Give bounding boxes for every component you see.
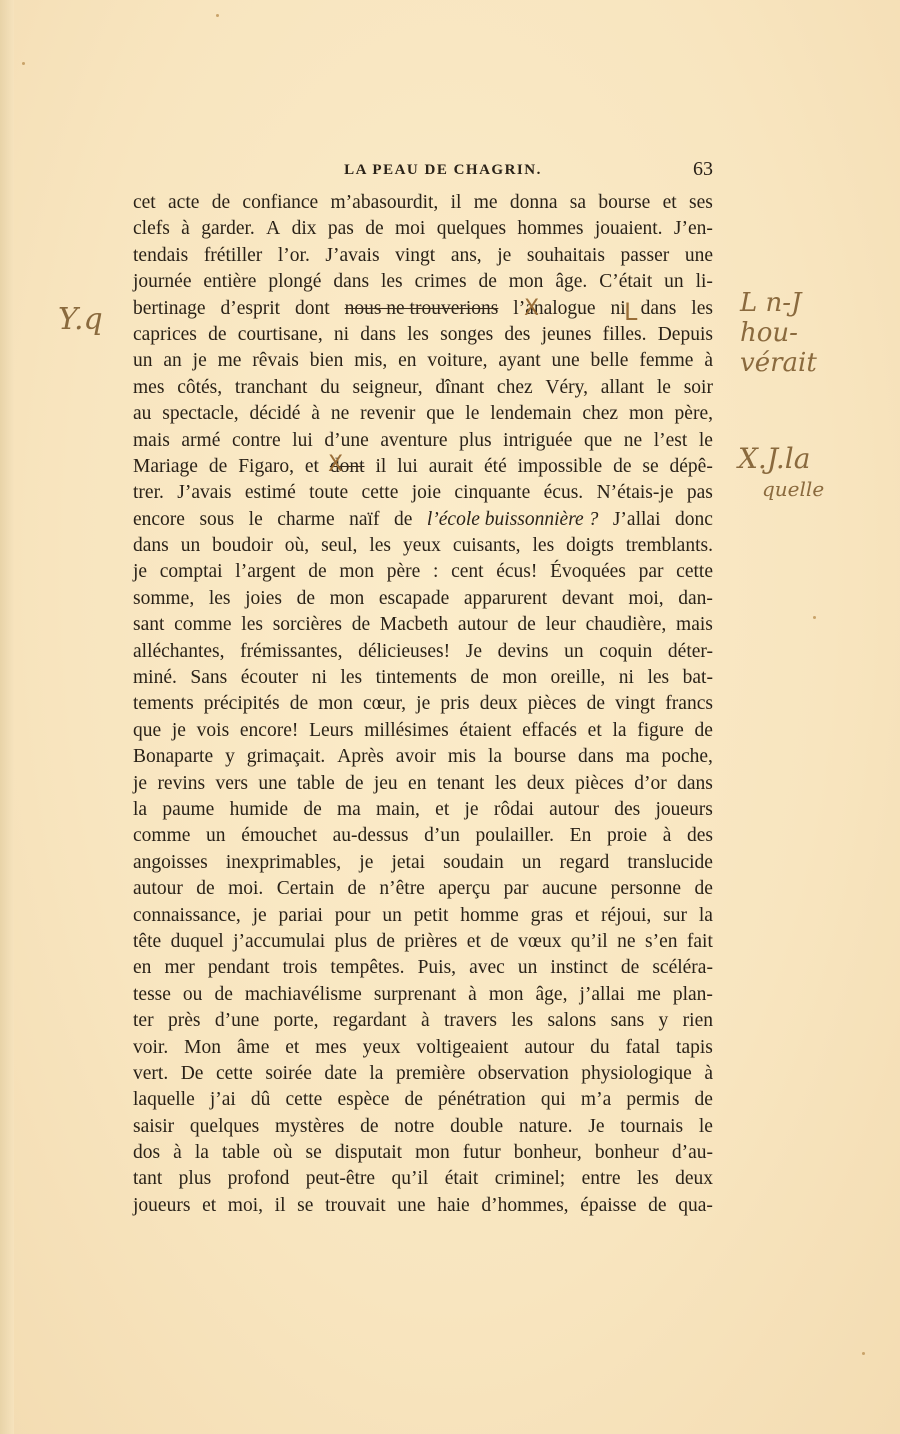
word: à <box>311 401 320 427</box>
word: et <box>467 929 481 955</box>
word: qu’il <box>571 929 608 955</box>
text-line: santcommelessorcièresdeMacbethautourdele… <box>133 612 713 638</box>
word: n’être <box>379 876 424 902</box>
word: inexprimables, <box>226 850 341 876</box>
word: futur <box>463 1140 501 1166</box>
word: date <box>324 1061 356 1087</box>
word: Puis, <box>418 955 456 981</box>
word: encore! <box>240 718 298 744</box>
word: joies <box>245 586 282 612</box>
word: qu’il <box>392 1166 429 1192</box>
word: paume <box>162 797 214 823</box>
word: lendemain <box>490 401 571 427</box>
word: de <box>352 612 370 638</box>
word: vingt <box>395 243 435 269</box>
word: dos <box>133 1140 160 1166</box>
word: courtisane, <box>238 322 323 348</box>
word: laquelle <box>133 1087 195 1113</box>
word: le <box>657 375 671 401</box>
word: naïf <box>349 507 379 533</box>
word: était <box>445 1166 479 1192</box>
word: je <box>253 903 267 929</box>
word: regard <box>559 850 609 876</box>
word: mon <box>489 982 524 1008</box>
word: figure <box>637 718 684 744</box>
word: l’est <box>654 428 688 454</box>
word: vers <box>215 771 248 797</box>
text-line: saisirquelquesmystèresdenotredoublenatur… <box>133 1114 713 1140</box>
word: alléchantes, <box>133 639 225 665</box>
word: tremblants. <box>626 533 713 559</box>
word: deux <box>527 771 565 797</box>
word: réjoui, <box>601 903 651 929</box>
word: humide <box>230 797 289 823</box>
word: de <box>517 612 535 638</box>
word: ans, <box>451 243 482 269</box>
word: mon <box>330 586 365 612</box>
word: il <box>451 190 462 216</box>
word: à <box>181 216 190 242</box>
word: dû <box>251 1087 271 1113</box>
text-line: tesseoudemachiavélismesurprenantàmonâge,… <box>133 982 713 1008</box>
word: pariai <box>279 903 323 929</box>
word: personne <box>611 876 681 902</box>
word: voltigeaient <box>416 1035 508 1061</box>
word: j’ai <box>210 1087 236 1113</box>
word: lui <box>397 454 418 480</box>
word: entière <box>203 269 256 295</box>
page-number: 63 <box>693 158 713 181</box>
word: me <box>474 190 498 216</box>
word: les <box>495 771 517 797</box>
text-line: dansunboudoiroù,seul,lesyeuxcuisants,les… <box>133 533 713 559</box>
word: des <box>687 823 713 849</box>
word: au <box>133 401 151 427</box>
word: je <box>172 718 186 744</box>
word: de <box>695 718 713 744</box>
text-line: connaissance,jepariaipourunpetithommegra… <box>133 903 713 929</box>
word: de <box>394 507 412 533</box>
word: vois <box>197 718 230 744</box>
word: dan- <box>678 586 713 612</box>
word: de <box>348 876 366 902</box>
word: seigneur, <box>352 375 422 401</box>
word: nature. <box>519 1114 573 1140</box>
italic-text: l’école buissonnière ? <box>427 507 598 533</box>
word: connaissance, <box>133 903 241 929</box>
word: scéléra- <box>652 955 713 981</box>
word: une <box>258 771 286 797</box>
word: les <box>381 269 403 295</box>
word: de <box>345 771 363 797</box>
word: dans <box>360 322 396 348</box>
word: aventure <box>380 428 447 454</box>
word: à <box>663 823 672 849</box>
word: N’étais-je <box>597 480 674 506</box>
word: acte <box>168 190 199 216</box>
word: gras <box>531 903 564 929</box>
word: cinquante <box>454 480 530 506</box>
word: Certain <box>277 876 334 902</box>
annotation-line: X.J.la <box>738 444 824 474</box>
word: devant <box>562 586 614 612</box>
word: coquin <box>599 639 652 665</box>
paper-speck <box>862 1352 865 1355</box>
word: ne <box>331 401 349 427</box>
text-line: cetactedeconfiancem’abasourdit,ilmedonna… <box>133 190 713 216</box>
word: une <box>685 243 713 269</box>
word: fait <box>687 929 713 955</box>
word: je <box>359 850 373 876</box>
word: ma <box>626 744 650 770</box>
word: joueurs <box>655 797 712 823</box>
word: effacés <box>522 718 577 744</box>
word: de <box>308 559 326 585</box>
word: voiture, <box>427 348 487 374</box>
word: Je <box>466 639 482 665</box>
text-line: somme,lesjoiesdemonescapadeapparurentdev… <box>133 586 713 612</box>
word: autour <box>458 612 508 638</box>
word: le <box>249 507 263 533</box>
word: au-dessus <box>333 823 409 849</box>
word: cette <box>676 559 713 585</box>
word: poulailler. <box>476 823 555 849</box>
word: dans <box>333 269 369 295</box>
word: spectacle, <box>162 401 238 427</box>
word: Depuis <box>658 322 713 348</box>
word: de <box>621 955 639 981</box>
word: quelques <box>190 1114 259 1140</box>
word: à <box>173 1140 182 1166</box>
word: la <box>369 1061 383 1087</box>
word: sa <box>570 190 586 216</box>
word: se <box>642 454 658 480</box>
word: ses <box>689 190 713 216</box>
word: de <box>196 876 214 902</box>
word: âge, <box>536 982 568 1008</box>
word: confiance <box>242 190 318 216</box>
word: du <box>590 1035 610 1061</box>
word: les <box>637 1166 659 1192</box>
word: se <box>297 1193 313 1219</box>
book-page: LA PEAU DE CHAGRIN. 63 cetactedeconfianc… <box>0 0 900 1434</box>
word: pas <box>687 480 713 506</box>
text-line: quejevoisencore!Leursmillésimesétaientef… <box>133 718 713 744</box>
word: tendais <box>133 243 188 269</box>
word: mes <box>315 1035 346 1061</box>
word: je <box>193 348 207 374</box>
annotation-line: hou- <box>740 318 817 348</box>
word: avec <box>469 955 505 981</box>
text-line: tementsprécipitésdemoncœur,jeprisdeuxpiè… <box>133 691 713 717</box>
word: surprenant <box>374 982 456 1008</box>
word: comptai <box>160 559 223 585</box>
word: pénétration <box>438 1087 526 1113</box>
word: y <box>225 744 235 770</box>
word: voir. <box>133 1035 168 1061</box>
word: Figaro, <box>238 454 294 480</box>
word: bonheur, <box>514 1140 582 1166</box>
word: criminel; <box>495 1166 565 1192</box>
word: le <box>699 1114 713 1140</box>
word: plus <box>179 1166 212 1192</box>
word: angoisses <box>133 850 208 876</box>
word: les <box>407 322 429 348</box>
word: le <box>465 401 479 427</box>
word: j’accumulai <box>233 929 325 955</box>
text-line: terprèsd’uneporte,regardantàtraverslessa… <box>133 1008 713 1034</box>
word: moi, <box>628 586 663 612</box>
word: machiavélisme <box>245 982 362 1008</box>
struck-text: nous ne trouverions <box>345 296 499 322</box>
word: tements <box>133 691 194 717</box>
word: jeunes <box>542 322 592 348</box>
word: à <box>468 982 477 1008</box>
word: d’or <box>634 771 667 797</box>
word: que <box>584 428 612 454</box>
word: les <box>241 612 263 638</box>
word: la <box>699 903 713 929</box>
word: souhaitais <box>527 243 605 269</box>
word: sorcières <box>273 612 342 638</box>
word: je <box>133 559 147 585</box>
word: comme <box>174 612 231 638</box>
word: grimaçait. <box>247 744 326 770</box>
word: seul, <box>321 533 357 559</box>
word: un <box>664 269 684 295</box>
word: le <box>699 428 713 454</box>
word: ne <box>624 428 642 454</box>
word: d’au- <box>672 1140 713 1166</box>
word: plan- <box>673 982 713 1008</box>
word: Mon <box>184 1035 221 1061</box>
word: de <box>587 691 605 717</box>
word: mis, <box>354 348 387 374</box>
word: tête <box>133 929 161 955</box>
paper-speck <box>22 62 25 65</box>
word: escapade <box>379 586 449 612</box>
word: les <box>533 533 555 559</box>
word: du <box>320 375 340 401</box>
word: Après <box>337 744 384 770</box>
text-line: autourdemoi.Certainden’êtreaperçuparaucu… <box>133 876 713 902</box>
word: double <box>450 1114 503 1140</box>
word: pour <box>335 903 371 929</box>
word: les <box>209 586 231 612</box>
word: revenir <box>360 401 415 427</box>
word: pas <box>328 216 354 242</box>
word: autour <box>133 876 183 902</box>
word: hommes <box>517 216 583 242</box>
word: à <box>704 1061 713 1087</box>
word: joie <box>412 480 441 506</box>
word: qui <box>541 1087 566 1113</box>
word: un <box>522 850 542 876</box>
word: les <box>340 665 362 691</box>
word: Je <box>588 1114 604 1140</box>
word: bien <box>310 348 344 374</box>
text-line: auspectacle,décidéànerevenirquelelendema… <box>133 401 713 427</box>
word: les <box>691 296 713 322</box>
text-line: joueursetmoi,ilsetrouvaitunehaied’hommes… <box>133 1193 713 1219</box>
word: en <box>133 955 151 981</box>
delete-mark-icon: X <box>524 296 539 321</box>
text-line: vert.Decettesoiréedatelapremièreobservat… <box>133 1061 713 1087</box>
word: se <box>306 1140 322 1166</box>
word: mon <box>415 1140 450 1166</box>
word: table <box>222 1140 260 1166</box>
word: mon <box>509 269 544 295</box>
word: moi. <box>228 876 263 902</box>
word: tempêtes. <box>330 955 404 981</box>
word: mon <box>339 559 374 585</box>
text-line: miné.Sansécouternilestintementsdemonorei… <box>133 665 713 691</box>
word: cette <box>216 1061 253 1087</box>
word: observation <box>478 1061 569 1087</box>
body-text: cetactedeconfiancem’abasourdit,ilmedonna… <box>133 190 713 1219</box>
word: lui <box>292 428 313 454</box>
word: journée <box>133 269 191 295</box>
word: oreille, <box>551 665 606 691</box>
word: l’or. <box>278 243 310 269</box>
word: frémissantes, <box>240 639 342 665</box>
word: qua- <box>678 1193 713 1219</box>
word: : <box>433 559 438 585</box>
word: boudoir <box>212 533 273 559</box>
word: de <box>297 586 315 612</box>
word: de <box>303 797 321 823</box>
left-margin-annotation: Y.q <box>58 302 103 337</box>
word: deux <box>675 1166 713 1192</box>
word: âge. <box>555 269 587 295</box>
paper-speck <box>216 14 219 17</box>
word: yeux <box>403 533 441 559</box>
word: proie <box>607 823 647 849</box>
word: jouaient. <box>595 216 663 242</box>
text-line: clefsàgarder.Adixpasdemoiquelqueshommesj… <box>133 216 713 242</box>
word: moi <box>395 216 425 242</box>
word: sur <box>663 903 687 929</box>
word: que <box>133 718 161 744</box>
word: pris <box>440 691 469 717</box>
word: estimé <box>245 480 296 506</box>
word: où <box>273 1140 293 1166</box>
word: passer <box>621 243 670 269</box>
word: mon <box>629 401 664 427</box>
word: dans <box>677 771 713 797</box>
word: contre <box>232 428 281 454</box>
word: mon <box>502 665 537 691</box>
text-line: MariagedeFigaro,etdontilluiauraitétéimpo… <box>133 454 713 480</box>
word: encore <box>133 507 185 533</box>
word: notre <box>394 1114 434 1140</box>
word: j’allai <box>579 982 624 1008</box>
word: me <box>218 348 242 374</box>
word: ou <box>183 982 203 1008</box>
word: je <box>497 243 511 269</box>
word: sant <box>133 612 164 638</box>
word: mer <box>164 955 194 981</box>
word: translucide <box>627 850 713 876</box>
text-line: jecomptail’argentdemonpère:centécus!Évoq… <box>133 559 713 585</box>
word: tapis <box>676 1035 713 1061</box>
text-line: jerevinsversunetabledejeuentenantlesdeux… <box>133 771 713 797</box>
word: de <box>694 876 712 902</box>
text-line: alléchantes,frémissantes,délicieuses!Jed… <box>133 639 713 665</box>
delete-mark-icon: X <box>328 452 343 477</box>
word: De <box>181 1061 204 1087</box>
text-line: unanjemerêvaisbienmis,envoiture,ayantune… <box>133 348 713 374</box>
word: somme, <box>133 586 194 612</box>
word: de <box>209 454 227 480</box>
word: crimes <box>415 269 467 295</box>
word: bertinage <box>133 296 206 322</box>
word: table <box>297 771 335 797</box>
word: et <box>588 718 602 744</box>
word: rêvais <box>252 348 299 374</box>
word: un <box>133 348 153 374</box>
paper-speck <box>813 616 816 619</box>
word: y <box>659 1008 669 1034</box>
text-line: Bonaparteygrimaçait.Aprèsavoirmislabours… <box>133 744 713 770</box>
word: des <box>504 322 530 348</box>
word: belle <box>591 348 629 374</box>
word: Véry, <box>545 375 588 401</box>
word: J’avais <box>177 480 231 506</box>
word: un <box>382 903 402 929</box>
word: écus! <box>496 559 537 585</box>
word: frétiller <box>204 243 262 269</box>
word: A <box>266 216 280 242</box>
word: de <box>648 1193 666 1219</box>
word: physiologique <box>581 1061 692 1087</box>
word: ter <box>133 1008 154 1034</box>
word: soirée <box>265 1061 312 1087</box>
text-line: maisarmécontreluid’uneaventureplusintrig… <box>133 428 713 454</box>
word: ni <box>312 665 327 691</box>
word: de <box>365 216 383 242</box>
text-line: lapaumehumidedemamain,etjerôdaiautourdes… <box>133 797 713 823</box>
word: travers <box>444 1008 497 1034</box>
word: donna <box>510 190 558 216</box>
word: de <box>212 190 230 216</box>
word: songes <box>440 322 493 348</box>
word: ni <box>334 322 349 348</box>
word: père, <box>675 401 713 427</box>
word: de <box>290 691 308 717</box>
word: joueurs <box>133 1193 190 1219</box>
word: je <box>416 691 430 717</box>
text-line: voir.Monâmeetmesyeuxvoltigeaientautourdu… <box>133 1035 713 1061</box>
word: aucune <box>542 876 597 902</box>
word: profond <box>228 1166 290 1192</box>
word: leur <box>546 612 576 638</box>
word: à <box>421 1008 430 1034</box>
running-title: LA PEAU DE CHAGRIN. <box>133 162 713 179</box>
word: côtés, <box>177 375 222 401</box>
word: d’une <box>215 1008 259 1034</box>
word: ma <box>337 797 361 823</box>
word: allant <box>601 375 644 401</box>
word: et <box>202 1193 216 1219</box>
word: En <box>570 823 592 849</box>
word: tenant <box>437 771 485 797</box>
word: de <box>478 269 496 295</box>
word: les <box>647 665 669 691</box>
word: plus <box>459 428 492 454</box>
word: plongé <box>268 269 321 295</box>
word: cet <box>133 190 156 216</box>
